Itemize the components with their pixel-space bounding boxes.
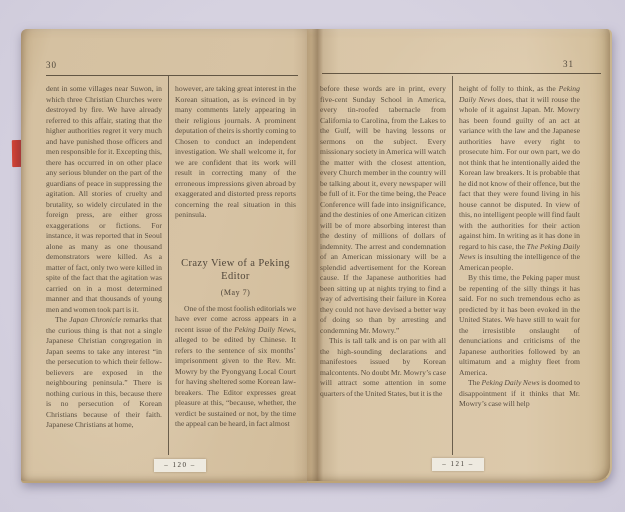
book-page-right: 31 before these words are in print, ever…	[307, 29, 612, 483]
open-book: 30 dent in some villages near Suwon, in …	[21, 29, 610, 481]
column-divider-left	[168, 76, 169, 455]
paragraph: The Peking Daily News is doomed to disap…	[459, 378, 580, 410]
paragraph: This is tall talk and is on par with all…	[320, 336, 446, 399]
page-footer-label-left: – 120 –	[154, 459, 206, 472]
page-number-right: 31	[563, 59, 574, 69]
header-rule-right	[322, 73, 601, 74]
right-page-column-2: height of folly to think, as the Peking …	[459, 76, 580, 455]
left-page-column-2: however, are taking great interest in th…	[175, 76, 296, 455]
book-page-left: 30 dent in some villages near Suwon, in …	[21, 29, 307, 483]
article-title: Crazy View of a Peking Editor	[177, 257, 294, 284]
paragraph: The Japan Chronicle remarks that the cur…	[46, 315, 162, 431]
paragraph: One of the most foolish editorials we ha…	[175, 304, 296, 430]
page-footer-label-right: – 121 –	[432, 458, 484, 471]
paragraph: however, are taking great interest in th…	[175, 84, 296, 221]
article-date: (May 7)	[177, 288, 294, 297]
left-page-column-1: dent in some villages near Suwon, in whi…	[46, 76, 162, 455]
column-divider-right	[452, 76, 453, 455]
right-page-column-1: before these words are in print, every f…	[320, 76, 446, 455]
article-heading: Crazy View of a Peking Editor(May 7)	[177, 257, 294, 297]
right-page-columns: before these words are in print, every f…	[320, 76, 580, 455]
paragraph: before these words are in print, every f…	[320, 84, 446, 336]
paragraph: height of folly to think, as the Peking …	[459, 84, 580, 273]
left-page-columns: dent in some villages near Suwon, in whi…	[46, 76, 296, 455]
scanned-book-photo: 30 dent in some villages near Suwon, in …	[0, 0, 625, 512]
page-number-left: 30	[46, 60, 57, 70]
paragraph: By this time, the Peking paper must be r…	[459, 273, 580, 378]
paragraph: dent in some villages near Suwon, in whi…	[46, 84, 162, 315]
